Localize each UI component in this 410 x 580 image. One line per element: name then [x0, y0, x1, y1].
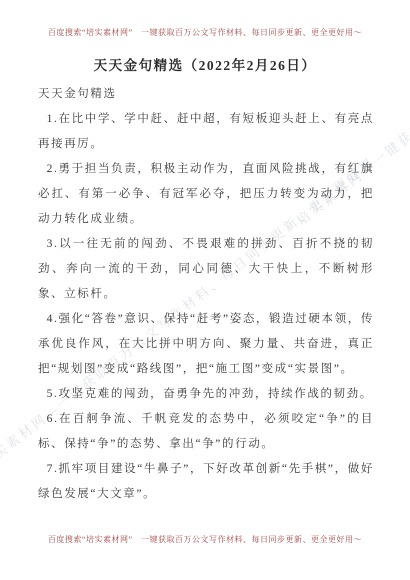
document-body: 天天金句精选 1.在比中学、学中赶、赶中超，有短板迎头赶上、有亮点再接再厉。 2… — [38, 82, 374, 507]
paragraph-6: 6.在百舸争流、千帆竞发的态势中，必须咬定“争”的目标、保持“争”的态势、拿出“… — [38, 407, 374, 457]
paragraph-3: 3.以一往无前的闯劲、不畏艰难的拼劲、百折不挠的韧劲、奔向一流的干劲，同心同德、… — [38, 232, 374, 307]
paragraph-2: 2.勇于担当负责，积极主动作为，直面风险挑战，有红旗必扛、有第一必争、有冠军必夺… — [38, 157, 374, 232]
footer-promo-line: 百度搜索“培实素材网” 一键获取百万公文写作材料、每日同步更新、更全更好用～ — [0, 534, 410, 545]
document-page: 培实素材网—一键获取百万公文写作材料、每日同步更新、更全更好用 培实素材网—一键… — [0, 0, 410, 580]
paragraph-7: 7.抓牢项目建设“牛鼻子”，下好改革创新“先手棋”，做好绿色发展“大文章”。 — [38, 457, 374, 507]
document-title: 天天金句精选（2022年2月26日） — [0, 54, 410, 74]
paragraph-1: 1.在比中学、学中赶、赶中超，有短板迎头赶上、有亮点再接再厉。 — [38, 107, 374, 157]
body-heading: 天天金句精选 — [38, 82, 374, 107]
paragraph-5: 5.攻坚克难的闯劲，奋勇争先的冲劲，持续作战的韧劲。 — [38, 382, 374, 407]
header-promo-line: 百度搜索“培实素材网” 一键获取百万公文写作材料、每日同步更新、更全更好用～ — [0, 27, 410, 38]
paragraph-4: 4.强化“答卷”意识、保持“赶考”姿态，锻造过硬本领，传承优良作风，在大比拼中明… — [38, 307, 374, 382]
